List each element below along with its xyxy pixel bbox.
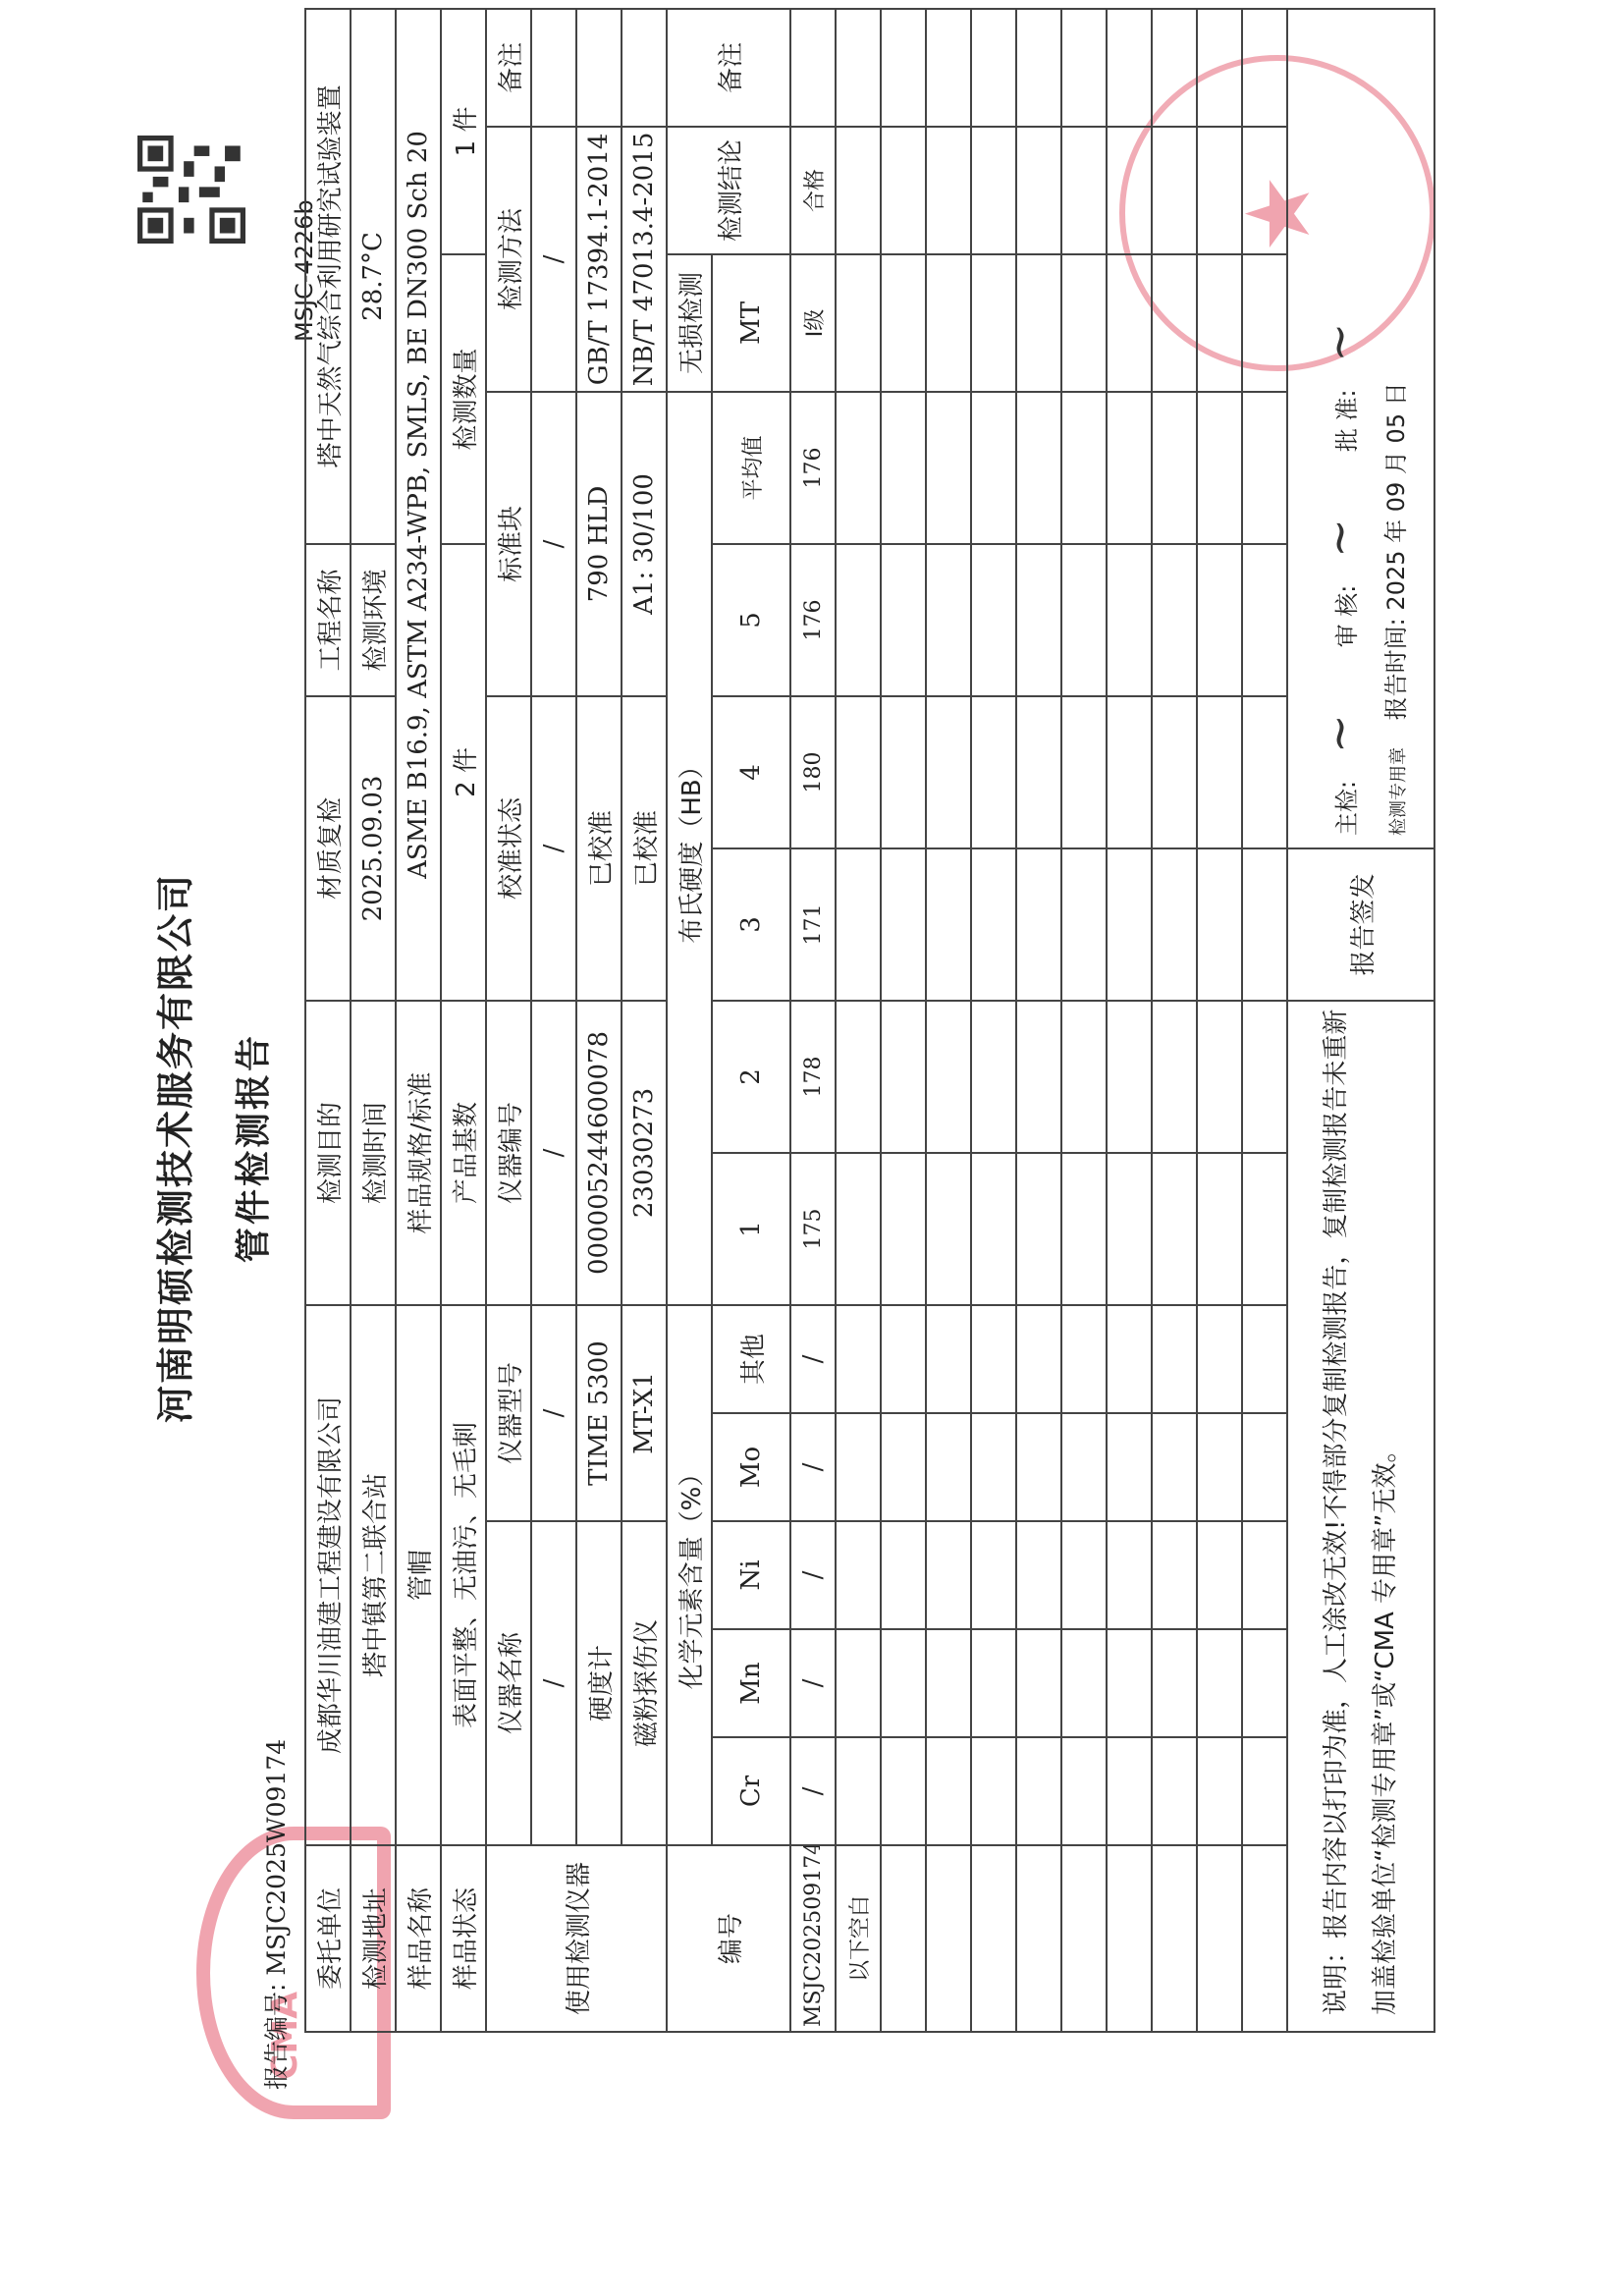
remark — [531, 9, 576, 127]
info-row-address: 检测地址 塔中镇第二联合站 检测时间 2025.09.03 检测环境 28.7°… — [351, 9, 396, 2032]
mo-value: / — [790, 1413, 836, 1521]
qty-value: 1 件 — [441, 9, 486, 254]
instrument-model-header: 仪器型号 — [486, 1305, 531, 1521]
results-group-header: 编号 化学元素含量（%） 布氏硬度（HB） 无损检测 检测结论 备注 — [667, 9, 712, 2032]
inspector-label: 主检: — [1333, 781, 1361, 836]
instrument-name: / — [531, 1521, 576, 1845]
purpose-label: 检测目的 — [305, 1001, 351, 1305]
qty-label: 检测数量 — [441, 254, 486, 544]
instrument-header-row: 使用检测仪器 仪器名称 仪器型号 仪器编号 校准状态 标准块 检测方法 备注 — [486, 9, 531, 2032]
blank-below-label: 以下空白 — [836, 1845, 881, 2032]
hb-3-header: 3 — [712, 848, 790, 1001]
approver-label: 批 准: — [1333, 389, 1361, 452]
spec-value: ASME B16.9, ASTM A234-WPB, SMLS, BE DN30… — [396, 9, 441, 1001]
report-number-value: MSJC2025W09174 — [262, 1739, 291, 1976]
standard-block-header: 标准块 — [486, 392, 531, 696]
env-label: 检测环境 — [351, 544, 396, 696]
signoff-label: 报告签发 — [1287, 848, 1434, 1001]
sample-label: 样品名称 — [396, 1845, 441, 2032]
qr-code-icon — [137, 136, 245, 244]
report-sheet: CMA 河南明硕检测技术服务有限公司 管件检测报告 报告编号: MSJC2025… — [0, 0, 1623, 2296]
calibration-status: 已校准 — [576, 696, 622, 1001]
instruments-section-label: 使用检测仪器 — [486, 1845, 667, 2032]
conclusion-header: 检测结论 — [667, 127, 790, 254]
instrument-name: 磁粉探伤仪 — [622, 1521, 667, 1845]
hb-1-value: 175 — [790, 1153, 836, 1305]
footer-row: 说明：报告内容以打印为准，人工涂改无效!不得部分复制检测报告，复制检测报告未重新… — [1287, 9, 1434, 2032]
spec-label: 样品规格/标准 — [396, 1001, 441, 1305]
state-label: 样品状态 — [441, 1845, 486, 2032]
time-label: 检测时间 — [351, 1001, 396, 1305]
chem-header: 化学元素含量（%） — [667, 1305, 712, 1845]
hb-2-value: 178 — [790, 1001, 836, 1153]
ni-value: / — [790, 1521, 836, 1629]
report-table: 委托单位 成都华川油建工程建设有限公司 检测目的 材质复检 工程名称 塔中天然气… — [304, 8, 1435, 2033]
calibration-status: 已校准 — [622, 696, 667, 1001]
hb-header: 布氏硬度（HB） — [667, 392, 712, 1305]
approver-signature: ~ — [1312, 323, 1367, 362]
hb-5-header: 5 — [712, 544, 790, 696]
mn-value: / — [790, 1629, 836, 1737]
result-row: MSJC202509174 / / / / / 175 178 171 180 … — [790, 9, 836, 2032]
method: GB/T 17394.1-2014 — [576, 127, 622, 392]
notes-text: 说明：报告内容以打印为准，人工涂改无效!不得部分复制检测报告，复制检测报告未重新… — [1287, 1001, 1434, 2032]
empty-row — [881, 9, 926, 2032]
project-label: 工程名称 — [305, 544, 351, 696]
mn-header: Mn — [712, 1629, 790, 1737]
info-row-sample: 样品名称 管帽 样品规格/标准 ASME B16.9, ASTM A234-WP… — [396, 9, 441, 2032]
id-header: 编号 — [667, 1845, 790, 2032]
empty-row — [1242, 9, 1287, 2032]
method: NB/T 47013.4-2015 — [622, 127, 667, 392]
other-value: / — [790, 1305, 836, 1413]
instrument-row: / / / / / / — [531, 9, 576, 2032]
ndt-method: MT — [712, 254, 790, 392]
cr-value: / — [790, 1737, 836, 1845]
conclusion-value: 合格 — [790, 127, 836, 254]
signature-line: 主检: ~ 审 核: ~ 批 准: ~ — [1312, 14, 1367, 836]
company-name: 河南明硕检测技术服务有限公司 — [145, 0, 199, 2296]
hb-2-header: 2 — [712, 1001, 790, 1153]
standard-block: / — [531, 392, 576, 696]
empty-row — [926, 9, 971, 2032]
hb-1-header: 1 — [712, 1153, 790, 1305]
hb-3-value: 171 — [790, 848, 836, 1001]
instrument-serial: / — [531, 1001, 576, 1305]
instrument-row: 磁粉探伤仪 MT-X1 23030273 已校准 A1: 30/100 NB/T… — [622, 9, 667, 2032]
ndt-grade: I级 — [790, 254, 836, 392]
empty-row — [971, 9, 1016, 2032]
remark — [576, 9, 622, 127]
empty-row — [1152, 9, 1197, 2032]
reviewer-label: 审 核: — [1333, 585, 1361, 648]
signoff-block: 主检: ~ 审 核: ~ 批 准: ~ 检测专用章 报告时间: 2025 年 0… — [1287, 9, 1434, 848]
date-line: 检测专用章 报告时间: 2025 年 09 月 05 日 — [1377, 14, 1411, 836]
remark — [622, 9, 667, 127]
hb-4-value: 180 — [790, 696, 836, 848]
hb-5-value: 176 — [790, 544, 836, 696]
empty-row — [1061, 9, 1107, 2032]
standard-block: 790 HLD — [576, 392, 622, 696]
state-value: 表面平整、无油污、无毛刺 — [441, 1305, 486, 1845]
purpose-value: 材质复检 — [305, 696, 351, 1001]
ni-header: Ni — [712, 1521, 790, 1629]
base-label: 产品基数 — [441, 1001, 486, 1305]
method-header: 检测方法 — [486, 127, 531, 392]
date-value: 2025 年 09 月 05 日 — [1382, 382, 1410, 610]
instrument-name-header: 仪器名称 — [486, 1521, 531, 1845]
calibration-header: 校准状态 — [486, 696, 531, 1001]
instrument-row: 硬度计 TIME 5300 000005244600078 已校准 790 HL… — [576, 9, 622, 2032]
reviewer-signature: ~ — [1312, 519, 1367, 558]
other-header: 其他 — [712, 1305, 790, 1413]
results-sub-header: Cr Mn Ni Mo 其他 1 2 3 4 5 平均值 MT — [712, 9, 790, 2032]
info-row-state: 样品状态 表面平整、无油污、无毛刺 产品基数 2 件 检测数量 1 件 — [441, 9, 486, 2032]
seal-text: 检测专用章 — [1388, 747, 1409, 836]
calibration-status: / — [531, 696, 576, 1001]
result-remark — [790, 9, 836, 127]
result-row: 以下空白 — [836, 9, 881, 2032]
date-label: 报告时间: — [1382, 618, 1410, 720]
inspector-signature: ~ — [1312, 714, 1367, 753]
empty-row — [1016, 9, 1061, 2032]
remark-header: 备注 — [486, 9, 531, 127]
project-value: 塔中天然气综合利用研究试验装置 — [305, 9, 351, 544]
ndt-header: 无损检测 — [667, 254, 712, 392]
hb-avg-value: 176 — [790, 392, 836, 544]
instrument-model: MT-X1 — [622, 1305, 667, 1521]
instrument-serial: 000005244600078 — [576, 1001, 622, 1305]
instrument-model: / — [531, 1305, 576, 1521]
mo-header: Mo — [712, 1413, 790, 1521]
instrument-serial-header: 仪器编号 — [486, 1001, 531, 1305]
cr-header: Cr — [712, 1737, 790, 1845]
instrument-serial: 23030273 — [622, 1001, 667, 1305]
results-remark-header: 备注 — [667, 9, 790, 127]
address-label: 检测地址 — [351, 1845, 396, 2032]
address-value: 塔中镇第二联合站 — [351, 1305, 396, 1845]
sample-value: 管帽 — [396, 1305, 441, 1845]
client-value: 成都华川油建工程建设有限公司 — [305, 1305, 351, 1845]
info-row-client: 委托单位 成都华川油建工程建设有限公司 检测目的 材质复检 工程名称 塔中天然气… — [305, 9, 351, 2032]
env-value: 28.7°C — [351, 9, 396, 544]
report-number-label: 报告编号: — [262, 1984, 291, 2090]
hb-avg-header: 平均值 — [712, 392, 790, 544]
method: / — [531, 127, 576, 392]
hb-4-header: 4 — [712, 696, 790, 848]
empty-row — [1107, 9, 1152, 2032]
time-value: 2025.09.03 — [351, 696, 396, 1001]
instrument-model: TIME 5300 — [576, 1305, 622, 1521]
client-label: 委托单位 — [305, 1845, 351, 2032]
sample-id: MSJC202509174 — [790, 1845, 836, 2032]
base-value: 2 件 — [441, 544, 486, 1001]
report-number: 报告编号: MSJC2025W09174 — [257, 1739, 293, 2090]
instrument-name: 硬度计 — [576, 1521, 622, 1845]
standard-block: A1: 30/100 — [622, 392, 667, 696]
empty-row — [1197, 9, 1242, 2032]
